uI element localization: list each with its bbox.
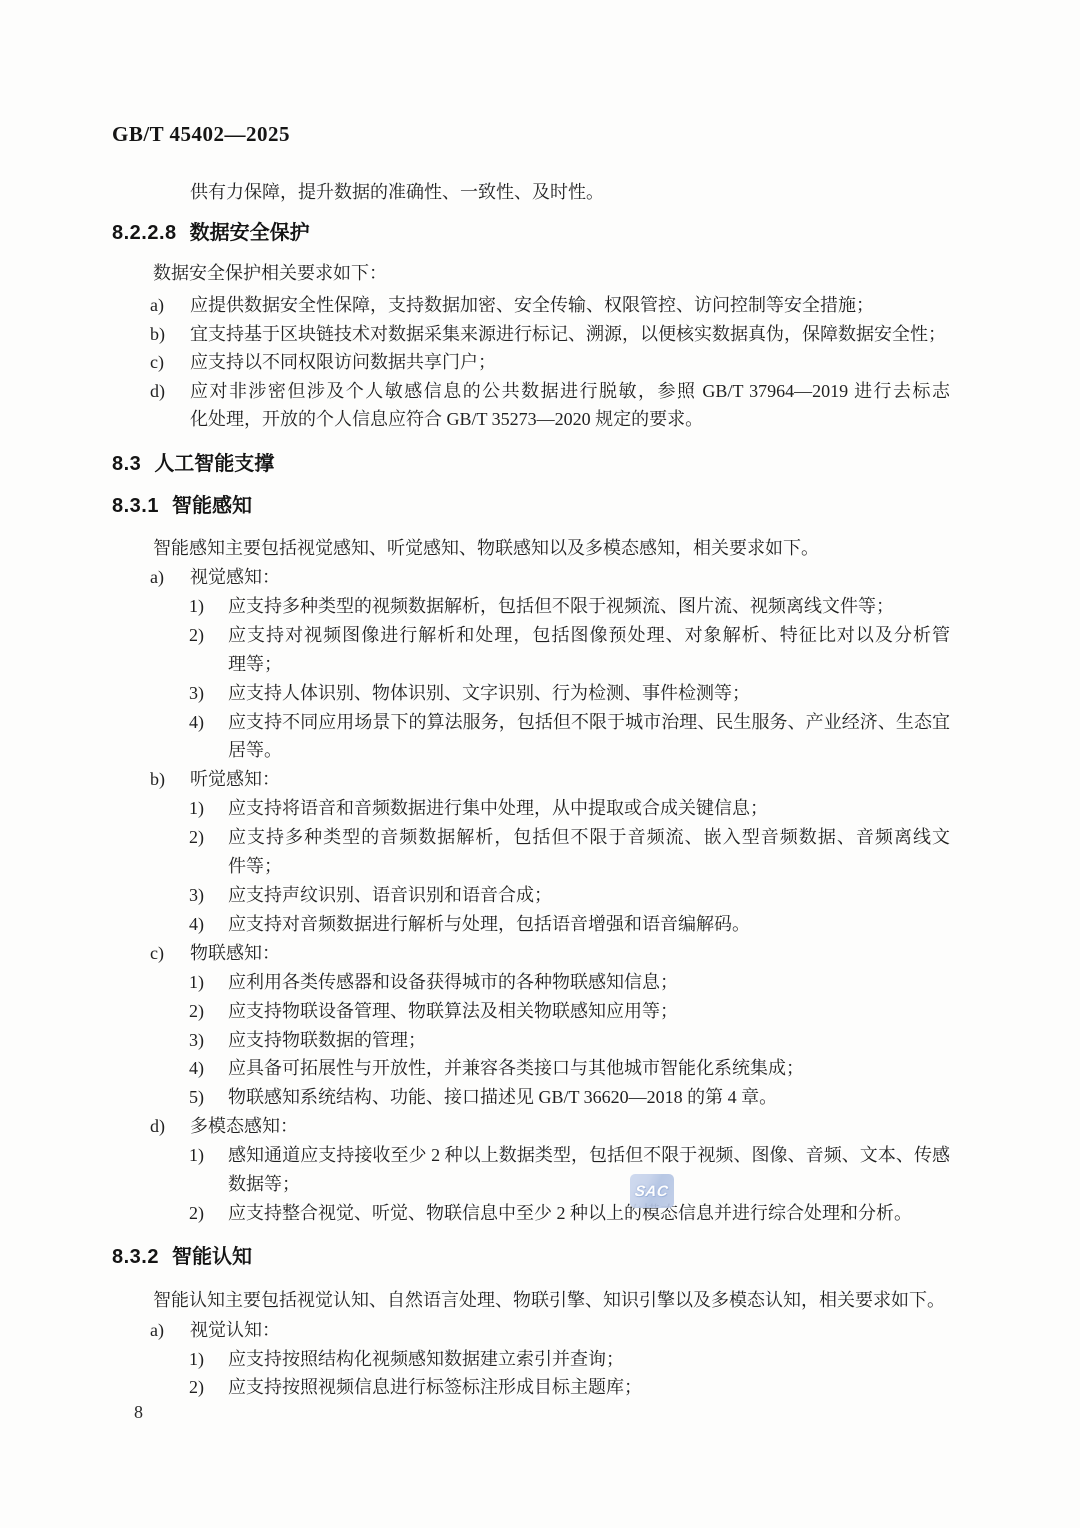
list-item-text: 应支持不同应用场景下的算法服务，包括但不限于城市治理、民生服务、产业经济、生态宜…	[228, 708, 950, 766]
list-marker: d)	[150, 377, 190, 434]
list-item-text: 多模态感知：	[190, 1112, 950, 1141]
sublist-item-1: 1) 感知通道应支持接收至少 2 种以上数据类型，包括但不限于视频、图像、音频、…	[112, 1141, 950, 1199]
continuation-paragraph: 供有力保障，提升数据的准确性、一致性、及时性。	[112, 178, 1028, 207]
list-item-text: 应支持按照视频信息进行标签标注形成目标主题库；	[228, 1373, 950, 1402]
section-number: 8.2.2.8	[112, 219, 177, 247]
list-marker: c)	[150, 348, 190, 377]
list-item-text: 物联感知系统结构、功能、接口描述见 GB/T 36620—2018 的第 4 章…	[228, 1083, 950, 1112]
sublist-item-1: 1) 应支持将语音和音频数据进行集中处理，从中提取或合成关键信息；	[112, 794, 950, 823]
list-item-c: c) 物联感知：	[112, 939, 950, 968]
section-heading-832: 8.3.2 智能认知	[112, 1243, 950, 1271]
sac-watermark-text: SAC	[634, 1183, 670, 1200]
section-intro-paragraph: 智能认知主要包括视觉认知、自然语言处理、物联引擎、知识引擎以及多模态认知，相关要…	[112, 1286, 991, 1315]
list-marker: 4)	[189, 910, 228, 939]
list-item-text: 应对非涉密但涉及个人敏感信息的公共数据进行脱敏，参照 GB/T 37964—20…	[190, 377, 950, 434]
list-832: a) 视觉认知： 1) 应支持按照结构化视频感知数据建立索引并查询； 2) 应支…	[112, 1316, 950, 1402]
sublist-item-1: 1) 应支持多种类型的视频数据解析，包括但不限于视频流、图片流、视频离线文件等；	[112, 592, 950, 621]
text-line: 件等；	[228, 852, 950, 881]
list-item-c: c) 应支持以不同权限访问数据共享门户；	[112, 348, 950, 377]
list-item-text: 应支持多种类型的音频数据解析，包括但不限于音频流、嵌入型音频数据、音频离线文 件…	[228, 823, 950, 881]
list-item-a: a) 应提供数据安全性保障，支持数据加密、安全传输、权限管控、访问控制等安全措施…	[112, 291, 950, 320]
list-item-text: 应支持对音频数据进行解析与处理，包括语音增强和语音编解码。	[228, 910, 950, 939]
list-marker: b)	[150, 765, 190, 794]
list-item-text: 视觉认知：	[190, 1316, 950, 1345]
list-marker: 2)	[189, 823, 228, 881]
list-marker: a)	[150, 563, 190, 592]
text-line: 数据等；	[228, 1170, 950, 1199]
text-line: 理等；	[228, 650, 950, 679]
text-line: 应支持对视频图像进行解析和处理，包括图像预处理、对象解析、特征比对以及分析管	[228, 621, 950, 650]
section-title: 智能感知	[172, 492, 252, 520]
list-item-text: 物联感知：	[190, 939, 950, 968]
list-marker: 4)	[189, 1054, 228, 1083]
list-marker: a)	[150, 291, 190, 320]
section-number: 8.3	[112, 450, 141, 478]
list-item-d: d) 多模态感知：	[112, 1112, 950, 1141]
list-marker: 1)	[189, 968, 228, 997]
sublist-item-2: 2) 应支持整合视觉、听觉、物联信息中至少 2 种以上的模态信息并进行综合处理和…	[112, 1199, 950, 1228]
section-number: 8.3.2	[112, 1243, 159, 1271]
list-item-text: 应支持以不同权限访问数据共享门户；	[190, 348, 950, 377]
section-heading-83: 8.3 人工智能支撑	[112, 450, 950, 478]
list-item-text: 听觉感知：	[190, 765, 950, 794]
sublist-item-2: 2) 应支持对视频图像进行解析和处理，包括图像预处理、对象解析、特征比对以及分析…	[112, 621, 950, 679]
list-item-text: 应利用各类传感器和设备获得城市的各种物联感知信息；	[228, 968, 950, 997]
list-marker: 1)	[189, 592, 228, 621]
list-item-text: 应支持对视频图像进行解析和处理，包括图像预处理、对象解析、特征比对以及分析管 理…	[228, 621, 950, 679]
list-marker: 2)	[189, 997, 228, 1026]
list-item-text: 应支持物联设备管理、物联算法及相关物联感知应用等；	[228, 997, 950, 1026]
list-item-text: 应提供数据安全性保障，支持数据加密、安全传输、权限管控、访问控制等安全措施；	[190, 291, 950, 320]
list-marker: 5)	[189, 1083, 228, 1112]
section-number: 8.3.1	[112, 492, 159, 520]
list-item-text: 应具备可拓展性与开放性，并兼容各类接口与其他城市智能化系统集成；	[228, 1054, 950, 1083]
list-marker: a)	[150, 1316, 190, 1345]
list-item-b: b) 听觉感知：	[112, 765, 950, 794]
list-item-text: 宜支持基于区块链技术对数据采集来源进行标记、溯源，以便核实数据真伪，保障数据安全…	[190, 320, 950, 349]
list-marker: d)	[150, 1112, 190, 1141]
sublist-item-2: 2) 应支持多种类型的音频数据解析，包括但不限于音频流、嵌入型音频数据、音频离线…	[112, 823, 950, 881]
list-marker: c)	[150, 939, 190, 968]
list-marker: 3)	[189, 1026, 228, 1055]
text-line: 应支持不同应用场景下的算法服务，包括但不限于城市治理、民生服务、产业经济、生态宜	[228, 708, 950, 737]
sublist-item-2: 2) 应支持按照视频信息进行标签标注形成目标主题库；	[112, 1373, 950, 1402]
list-item-text: 应支持声纹识别、语音识别和语音合成；	[228, 881, 950, 910]
document-page: GB/T 45402—2025 供有力保障，提升数据的准确性、一致性、及时性。 …	[0, 0, 1080, 1528]
list-item-a: a) 视觉认知：	[112, 1316, 950, 1345]
text-line: 感知通道应支持接收至少 2 种以上数据类型，包括但不限于视频、图像、音频、文本、…	[228, 1141, 950, 1170]
list-marker: 1)	[189, 794, 228, 823]
section-title: 人工智能支撑	[154, 450, 274, 478]
sublist-item-3: 3) 应支持声纹识别、语音识别和语音合成；	[112, 881, 950, 910]
standard-code-header: GB/T 45402—2025	[112, 121, 950, 147]
section-intro-paragraph: 数据安全保护相关要求如下：	[112, 259, 991, 288]
section-heading-8228: 8.2.2.8 数据安全保护	[112, 219, 950, 247]
list-item-text: 视觉感知：	[190, 563, 950, 592]
list-marker: 3)	[189, 679, 228, 708]
list-item-text: 应支持按照结构化视频感知数据建立索引并查询；	[228, 1345, 950, 1374]
section-heading-831: 8.3.1 智能感知	[112, 492, 950, 520]
sublist-item-4: 4) 应支持对音频数据进行解析与处理，包括语音增强和语音编解码。	[112, 910, 950, 939]
sac-watermark-logo: SAC	[630, 1174, 674, 1208]
list-marker: 1)	[189, 1345, 228, 1374]
list-item-text: 应支持整合视觉、听觉、物联信息中至少 2 种以上的模态信息并进行综合处理和分析。	[228, 1199, 950, 1228]
list-831: a) 视觉感知： 1) 应支持多种类型的视频数据解析，包括但不限于视频流、图片流…	[112, 563, 950, 1228]
list-marker: 2)	[189, 1199, 228, 1228]
list-item-d: d) 应对非涉密但涉及个人敏感信息的公共数据进行脱敏，参照 GB/T 37964…	[112, 377, 950, 434]
list-marker: 3)	[189, 881, 228, 910]
list-8228: a) 应提供数据安全性保障，支持数据加密、安全传输、权限管控、访问控制等安全措施…	[112, 291, 950, 434]
list-marker: 1)	[189, 1141, 228, 1199]
list-item-text: 应支持多种类型的视频数据解析，包括但不限于视频流、图片流、视频离线文件等；	[228, 592, 950, 621]
list-marker: 2)	[189, 1373, 228, 1402]
sublist-item-1: 1) 应利用各类传感器和设备获得城市的各种物联感知信息；	[112, 968, 950, 997]
sublist-item-2: 2) 应支持物联设备管理、物联算法及相关物联感知应用等；	[112, 997, 950, 1026]
sublist-item-1: 1) 应支持按照结构化视频感知数据建立索引并查询；	[112, 1345, 950, 1374]
sublist-item-4: 4) 应具备可拓展性与开放性，并兼容各类接口与其他城市智能化系统集成；	[112, 1054, 950, 1083]
sublist-item-3: 3) 应支持物联数据的管理；	[112, 1026, 950, 1055]
list-item-text: 应支持将语音和音频数据进行集中处理，从中提取或合成关键信息；	[228, 794, 950, 823]
list-item-a: a) 视觉感知：	[112, 563, 950, 592]
section-title: 智能认知	[172, 1243, 252, 1271]
list-marker: 4)	[189, 708, 228, 766]
sublist-item-4: 4) 应支持不同应用场景下的算法服务，包括但不限于城市治理、民生服务、产业经济、…	[112, 708, 950, 766]
section-title: 数据安全保护	[190, 219, 310, 247]
list-item-text: 感知通道应支持接收至少 2 种以上数据类型，包括但不限于视频、图像、音频、文本、…	[228, 1141, 950, 1199]
list-item-text: 应支持物联数据的管理；	[228, 1026, 950, 1055]
list-marker: 2)	[189, 621, 228, 679]
text-line: 化处理，开放的个人信息应符合 GB/T 35273—2020 规定的要求。	[190, 405, 950, 434]
text-line: 应支持多种类型的音频数据解析，包括但不限于音频流、嵌入型音频数据、音频离线文	[228, 823, 950, 852]
sublist-item-3: 3) 应支持人体识别、物体识别、文字识别、行为检测、事件检测等；	[112, 679, 950, 708]
list-marker: b)	[150, 320, 190, 349]
list-item-b: b) 宜支持基于区块链技术对数据采集来源进行标记、溯源，以便核实数据真伪，保障数…	[112, 320, 950, 349]
list-item-text: 应支持人体识别、物体识别、文字识别、行为检测、事件检测等；	[228, 679, 950, 708]
sublist-item-5: 5) 物联感知系统结构、功能、接口描述见 GB/T 36620—2018 的第 …	[112, 1083, 950, 1112]
text-line: 应对非涉密但涉及个人敏感信息的公共数据进行脱敏，参照 GB/T 37964—20…	[190, 377, 950, 406]
page-number: 8	[134, 1398, 143, 1426]
section-intro-paragraph: 智能感知主要包括视觉感知、听觉感知、物联感知以及多模态感知，相关要求如下。	[112, 534, 991, 563]
text-line: 居等。	[228, 736, 950, 765]
